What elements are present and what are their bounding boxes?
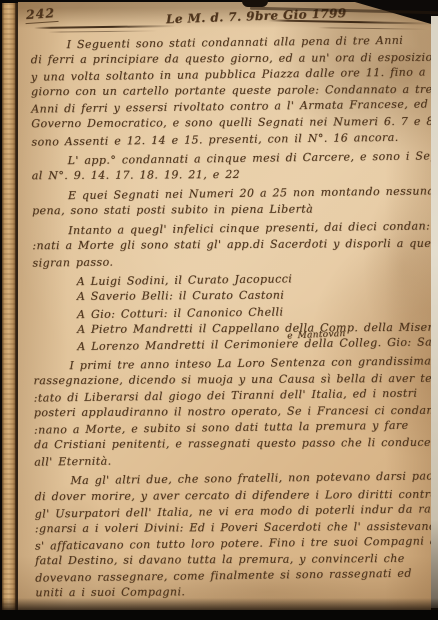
manuscript-line: sigran passo. <box>32 251 428 272</box>
paragraph-fratelli: Ma gl' altri due, che sono fratelli, non… <box>34 470 431 602</box>
facing-page-edge <box>431 16 438 608</box>
heading-rule-right-echo <box>318 27 428 30</box>
adjacent-page-notch <box>242 0 268 7</box>
manuscript-line: sono Assenti e 12. 14 e 15. presenti, co… <box>31 129 427 150</box>
heading-rule-left-echo <box>48 30 158 32</box>
heading-rule-right <box>268 19 434 25</box>
manuscript-line: all' Eternità. <box>34 450 430 471</box>
paragraph-sentenza: I primi tre anno inteso La Loro Sentenza… <box>33 354 430 470</box>
names-section: A Luigi Sodini, il Curato JacopucciA Sav… <box>77 271 430 355</box>
manuscript-line: al N°. 9. 14. 17. 18. 19. 21, e 22 <box>32 166 428 185</box>
page-number: 242 <box>24 5 58 24</box>
manuscript-body: I Seguenti sono stati condannati alla pe… <box>31 33 432 605</box>
manuscript-page: 242 Le M. d. 7. 9bre Gio 1799 I Seguenti… <box>18 2 431 616</box>
photo-bottom-band <box>0 610 438 620</box>
interlinear-note: e Mantovan <box>287 326 346 345</box>
paragraph-sentence-ferri: I Seguenti sono stati condannati alla pe… <box>31 33 428 149</box>
book-page-edges <box>2 3 16 617</box>
heading-date: Le M. d. 7. 9bre Gio 1799 <box>166 8 296 27</box>
paragraph-sacerdoti: Intanto a quegl' infelici cinque present… <box>32 219 428 271</box>
manuscript-photo: 242 Le M. d. 7. 9bre Gio 1799 I Seguenti… <box>0 0 438 620</box>
paragraph-carcere: L' app.° condannati a cinque mesi di Car… <box>32 149 428 185</box>
paragraph-liberta: E quei Segnati nei Numeri 20 a 25 non mo… <box>32 184 428 220</box>
names-list: A Luigi Sodini, il Curato JacopucciA Sav… <box>77 271 430 355</box>
manuscript-line: pena, sono stati posti subito in piena L… <box>32 201 428 220</box>
heading-rule-left <box>34 25 176 29</box>
